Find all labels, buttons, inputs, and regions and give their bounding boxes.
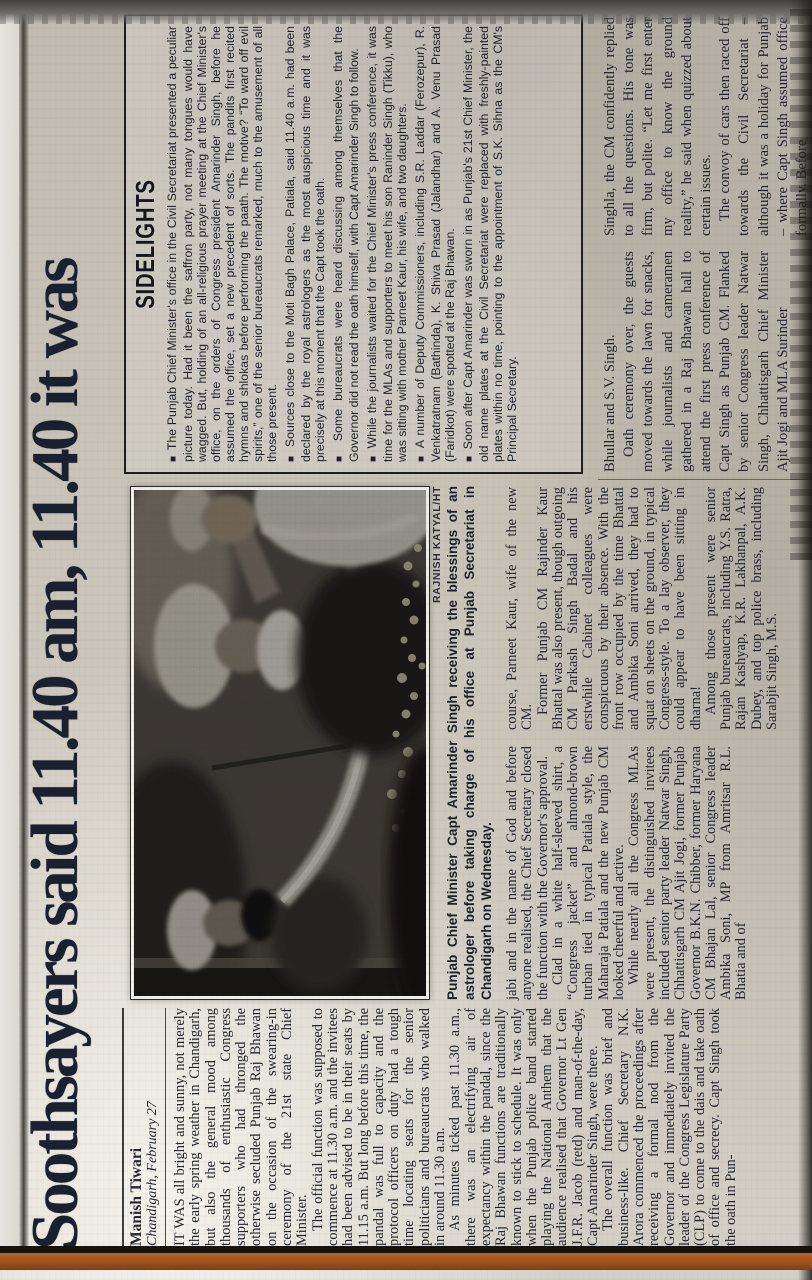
- bullet-square-icon: ■: [168, 454, 179, 462]
- sidelights-item: ■ Soon after Capt Amarinder was sworn in…: [461, 26, 519, 462]
- bullet-square-icon: ■: [334, 449, 345, 462]
- news-photo: [130, 486, 430, 1000]
- photo-caption: Punjab Chief Minister Capt Amarinder Sin…: [445, 486, 495, 1000]
- bullet-square-icon: ■: [416, 452, 427, 462]
- sidelights-item: ■ Some bureaucrats were heard discussing…: [331, 26, 361, 462]
- headline: Soothsayers said 11.40 am, 11.40 it was: [22, 4, 89, 1250]
- article-paragraph: Among those present were senior Punjab b…: [704, 487, 780, 730]
- sidelights-item: ■ Sources close to the Moti Bagh Palace,…: [283, 26, 327, 462]
- article-paragraph: While nearly all the Congress MLAs were …: [627, 746, 749, 1000]
- bullet-square-icon: ■: [368, 453, 379, 462]
- article-paragraph: jabi and in the name of God and before a…: [505, 746, 551, 1000]
- article-paragraph: The overall function was brief and busin…: [601, 1008, 739, 1246]
- article-column-5: Singhla, the CM confidently replied to a…: [601, 17, 812, 236]
- article-paragraph: IT WAS all bright and sunny, not merely …: [173, 1008, 311, 1246]
- byline-dateline: Chandigarh, February 27: [145, 1008, 161, 1246]
- article-column-2: jabi and in the name of God and before a…: [505, 746, 750, 1000]
- article-paragraph: The convoy of cars then raced off toward…: [716, 17, 812, 236]
- newspaper-scan: Soothsayers said 11.40 am, 11.40 it was …: [0, 0, 812, 1280]
- newspaper-page: Soothsayers said 11.40 am, 11.40 it was …: [0, 0, 812, 1280]
- article-column-1: Manish Tiwari Chandigarh, February 27 IT…: [122, 1008, 739, 1246]
- article-column-3: course, Parneet Kaur, wife of the new CM…: [505, 487, 780, 730]
- sidelights-item: ■ A number of Deputy Commissioners, incl…: [413, 26, 457, 462]
- sidelights-item: ■ While the journalists waited for the C…: [365, 26, 409, 462]
- byline-rule: [165, 1008, 166, 1246]
- byline-author: Manish Tiwari: [128, 1008, 145, 1246]
- sidelights-item: ■ The Punjab Chief Minister's office in …: [165, 26, 279, 462]
- article-column-4: Bhullar and S.V. Singh. Oath ceremony ov…: [601, 251, 793, 472]
- article-paragraph: Clad in a white half-sleeved shirt, a “C…: [551, 746, 627, 1000]
- article-paragraph: The official function was supposed to co…: [311, 1008, 449, 1246]
- article-paragraph: Former Punjab CM Rajinder Kaur Bhattal w…: [536, 487, 704, 730]
- photo-illustration: [134, 490, 426, 996]
- article-paragraph: course, Parneet Kaur, wife of the new CM…: [505, 487, 536, 730]
- photo-credit: RAJNISH KATYAL/HT: [431, 486, 443, 1000]
- article-paragraph: Bhullar and S.V. Singh.: [601, 251, 620, 472]
- sidelights-title: SIDELIGHTS: [132, 74, 158, 414]
- photo-block: RAJNISH KATYAL/HT Punjab Chief Minister …: [130, 486, 495, 1000]
- article-paragraph: Oath ceremony over, the guests moved tow…: [620, 251, 793, 472]
- article-paragraph: Singhla, the CM confidently replied to a…: [601, 17, 716, 236]
- sidelights-box: SIDELIGHTS ■ The Punjab Chief Minister's…: [124, 14, 583, 474]
- column-rule: [598, 479, 808, 480]
- bullet-square-icon: ■: [286, 452, 297, 462]
- rotated-page-wrapper: Soothsayers said 11.40 am, 11.40 it was …: [0, 0, 812, 1280]
- article-paragraph: As minutes ticked past 11.30 a.m., there…: [448, 1008, 601, 1246]
- bullet-square-icon: ■: [464, 453, 475, 462]
